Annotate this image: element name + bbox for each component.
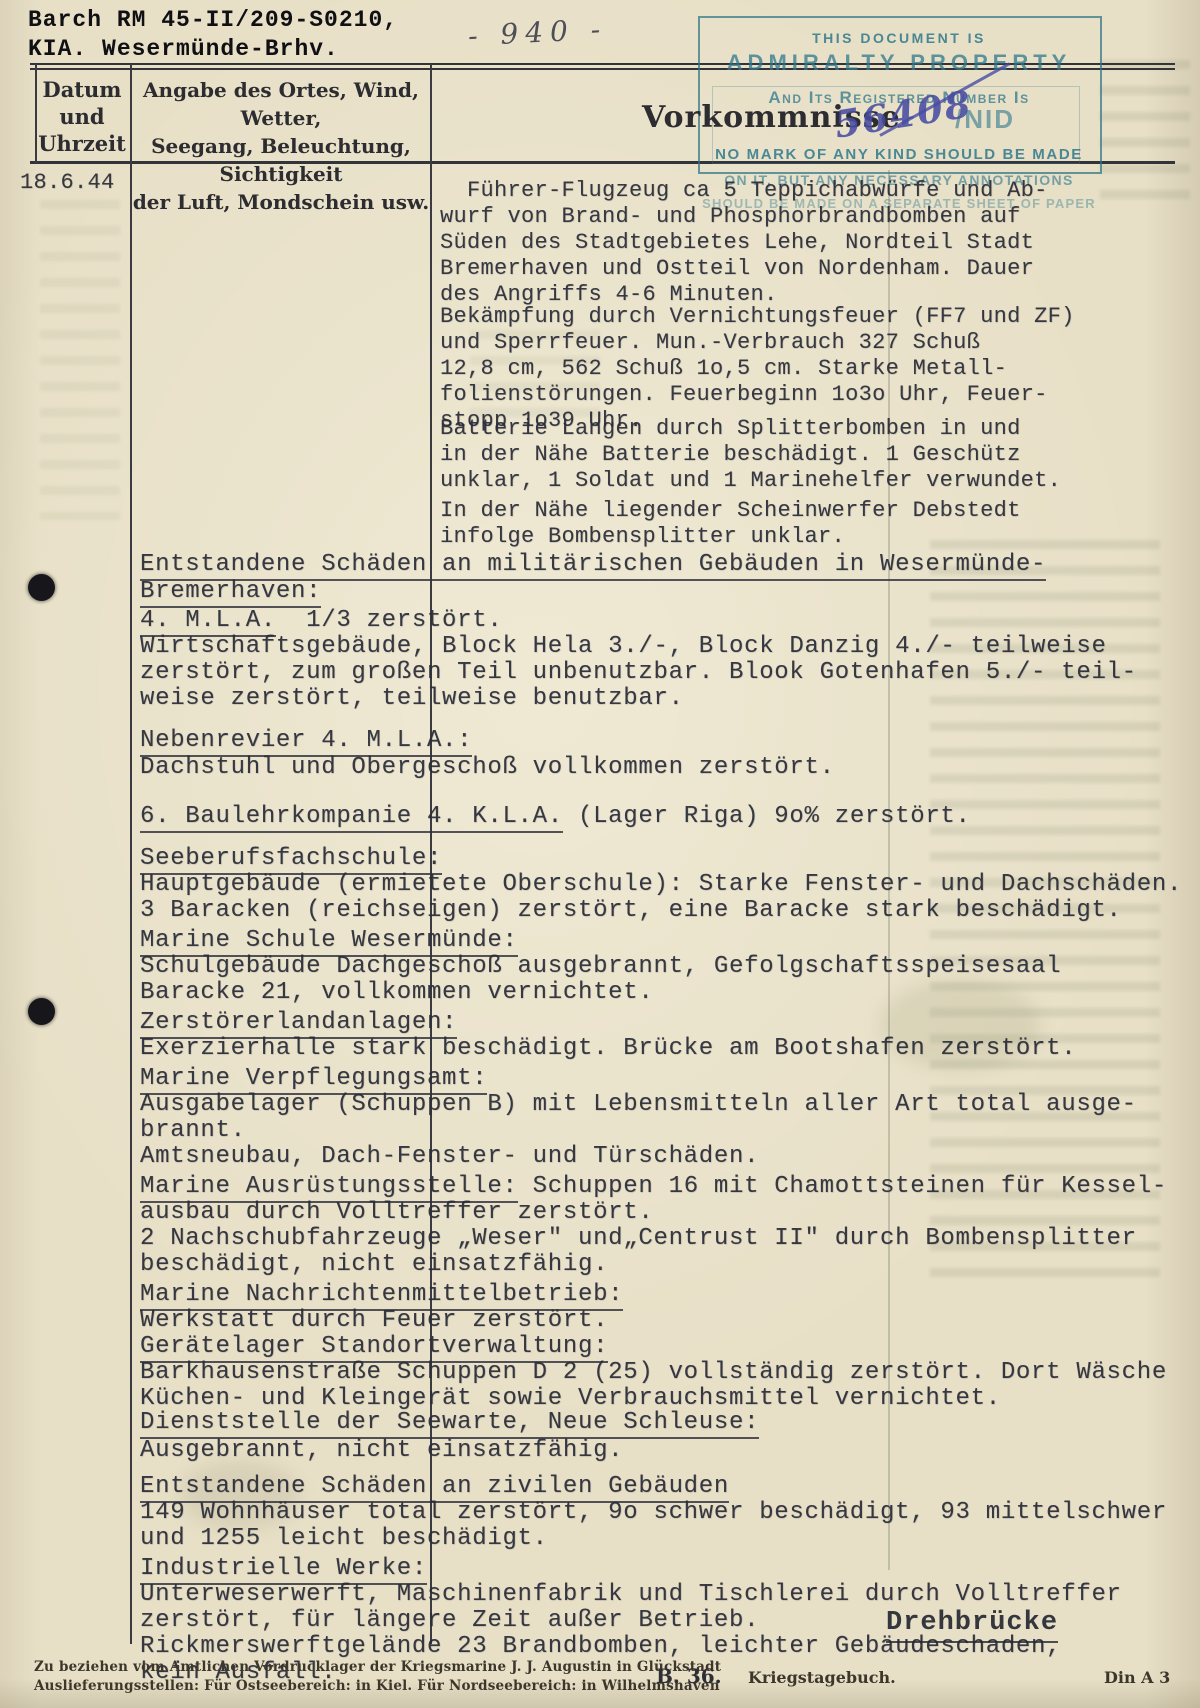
footer-form-name: Kriegstagebuch. — [748, 1668, 896, 1687]
stamp-line-2: ADMIRALTY PROPERTY — [700, 50, 1098, 76]
entry-paragraph-scheinwerfer: In der Nähe liegender Scheinwerfer Debst… — [440, 498, 1021, 550]
section-ausruestungsstelle: Marine Ausrüstungsstelle: Schuppen 16 mi… — [140, 1174, 1167, 1278]
section-marine-schule: Marine Schule Wesermünde: Schulgebäude D… — [140, 928, 1061, 1006]
entry-paragraph-defence: Bekämpfung durch Vernichtungsfeuer (FF7 … — [440, 304, 1075, 434]
entry-paragraph-batterie-langen: Batterie Langen durch Splitterbomben in … — [440, 416, 1061, 494]
archive-line1: Barch RM 45-II/209-S0210, — [28, 7, 398, 33]
archive-reference-label: Barch RM 45-II/209-S0210, KIA. Wesermünd… — [28, 6, 398, 64]
header-col2-angabe: Angabe des Ortes, Wind, Wetter, Seegang,… — [132, 76, 430, 216]
entry-date: 18.6.44 — [20, 170, 115, 196]
footer-paper-size: Din A 3 — [1104, 1668, 1170, 1687]
section-military-damage-heading: Entstandene Schäden an militärischen Geb… — [140, 552, 1046, 606]
footer-form-number: B. 36. — [656, 1664, 722, 1688]
footer-supply-imprint: Zu beziehen vom Amtlichen Vordrucklager … — [34, 1658, 721, 1696]
annotation-drehbruecke: Drehbrücke — [886, 1608, 1058, 1638]
section-baulehrkompanie: 6. Baulehrkompanie 4. K.L.A. (Lager Riga… — [140, 804, 971, 830]
section-seewarte: Dienststelle der Seewarte, Neue Schleuse… — [140, 1410, 759, 1466]
section-4mla: 4. M.L.A. 1/3 zerstört. — [140, 608, 502, 634]
section-civil-damage: Entstandene Schäden an zivilen Gebäuden … — [140, 1474, 1167, 1552]
section-geraetelager: Gerätelager Standortverwaltung: Barkhaus… — [140, 1334, 1167, 1412]
section-seeberufsfachschule: Seeberufsfachschule: Hauptgebäude (ermie… — [140, 846, 1182, 924]
section-verpflegungsamt: Marine Verpflegungsamt: Ausgabelager (Sc… — [140, 1066, 1137, 1170]
table-col1-divider — [130, 64, 132, 1644]
scanned-paper-background: Barch RM 45-II/209-S0210, KIA. Wesermünd… — [0, 0, 1200, 1708]
bleed-through-smudge — [1100, 60, 1190, 200]
handwritten-page-number: - 940 - — [467, 12, 608, 52]
entry-paragraph-attack: Führer-Flugzeug ca 5 Teppichabwürfe und … — [440, 178, 1048, 308]
hole-punch-top — [28, 574, 55, 601]
bleed-through-smudge — [40, 200, 120, 520]
stamp-line-4: NO MARK OF ANY KIND SHOULD BE MADE — [700, 146, 1098, 163]
archive-line2: KIA. Wesermünde-Brhv. — [28, 36, 339, 62]
header-col1-datum-uhrzeit: Datum und Uhrzeit — [36, 76, 128, 157]
section-wirtschaftsgebaeude: Wirtschaftsgebäude, Block Hela 3./-, Blo… — [140, 634, 1137, 712]
section-zerstoererlandanlagen: Zerstörerlandanlagen: Exerzierhalle star… — [140, 1010, 1076, 1062]
stamp-line-1: THIS DOCUMENT IS — [700, 30, 1098, 46]
section-nebenrevier: Nebenrevier 4. M.L.A.: Dachstuhl und Obe… — [140, 728, 835, 782]
section-nachrichtenmittelbetrieb: Marine Nachrichtenmittelbetrieb: Werksta… — [140, 1282, 623, 1334]
hole-punch-bottom — [28, 998, 55, 1025]
